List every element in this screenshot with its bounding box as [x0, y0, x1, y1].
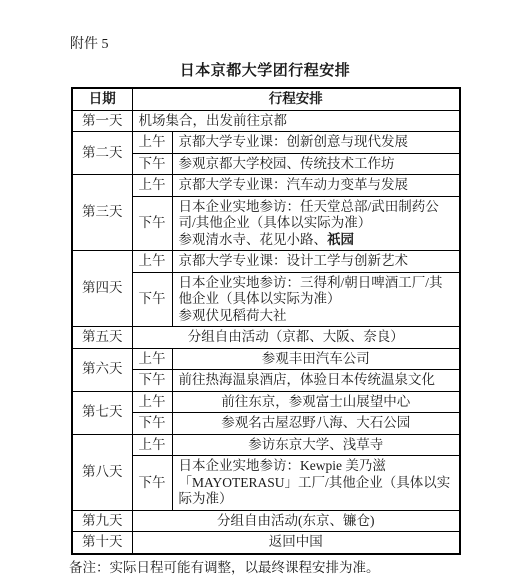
schedule-paragraph: 返回中国	[139, 534, 454, 551]
schedule-cell: 日本企业实地参访：任天堂总部/武田制药公司/其他企业（具体以实际为准）参观清水寺…	[172, 196, 460, 251]
day-label: 第六天	[72, 348, 132, 391]
itinerary-row: 第五天分组自由活动（京都、大阪、奈良）	[72, 327, 460, 349]
schedule-paragraph: 京都大学专业课：设计工学与创新艺术	[179, 253, 454, 270]
itinerary-row: 第七天上午前往东京，参观富士山展望中心	[72, 391, 460, 413]
period-label: 下午	[132, 456, 172, 511]
schedule-text: 参观丰田汽车公司	[262, 351, 370, 366]
period-label: 下午	[132, 196, 172, 251]
period-label: 下午	[132, 272, 172, 327]
schedule-paragraph: 前往东京，参观富士山展望中心	[179, 394, 454, 411]
day-label: 第四天	[72, 251, 132, 327]
schedule-cell: 参观名古屋忍野八海、大石公园	[172, 413, 460, 435]
schedule-paragraph: 参观丰田汽车公司	[179, 351, 454, 368]
schedule-cell: 参观京都大学校园、传统技术工作坊	[172, 153, 460, 175]
schedule-text: 前往东京，参观富士山展望中心	[221, 394, 410, 409]
schedule-text: 参访东京大学、浅草寺	[248, 437, 383, 452]
schedule-cell: 机场集合，出发前往京都	[132, 110, 460, 132]
itinerary-table: 日期 行程安排 第一天机场集合，出发前往京都第二天上午京都大学专业课：创新创意与…	[71, 87, 461, 555]
day-label: 第七天	[72, 391, 132, 434]
schedule-cell: 日本企业实地参访：三得利/朝日啤酒工厂/其他企业（具体以实际为准）参观伏见稻荷大…	[172, 272, 460, 327]
period-label: 下午	[132, 153, 172, 175]
period-label: 上午	[132, 434, 172, 456]
period-label: 下午	[132, 370, 172, 392]
period-label: 上午	[132, 348, 172, 370]
schedule-text: 参观伏见稻荷大社	[179, 308, 287, 323]
table-header-row: 日期 行程安排	[72, 88, 460, 110]
schedule-cell: 分组自由活动（京都、大阪、奈良）	[132, 327, 460, 349]
schedule-cell: 日本企业实地参访：Kewpie 美乃滋「MAYOTERASU」工厂/其他企业（具…	[172, 456, 460, 511]
schedule-cell: 返回中国	[132, 532, 460, 554]
day-label: 第三天	[72, 175, 132, 251]
day-label: 第十天	[72, 532, 132, 554]
itinerary-row: 第八天上午参访东京大学、浅草寺	[72, 434, 460, 456]
schedule-text: 京都大学专业课：汽车动力变革与发展	[179, 177, 409, 192]
schedule-paragraph: 分组自由活动(东京、镰仓)	[139, 513, 454, 530]
schedule-text: 日本企业实地参访：任天堂总部/武田制药公司/其他企业（具体以实际为准）	[179, 199, 439, 231]
itinerary-row: 第六天上午参观丰田汽车公司	[72, 348, 460, 370]
schedule-paragraph: 参观名古屋忍野八海、大石公园	[179, 415, 454, 432]
schedule-cell: 京都大学专业课：设计工学与创新艺术	[172, 251, 460, 273]
period-label: 上午	[132, 391, 172, 413]
itinerary-row: 第三天上午京都大学专业课：汽车动力变革与发展	[72, 175, 460, 197]
schedule-text: 机场集合，出发前往京都	[139, 113, 288, 128]
period-label: 下午	[132, 413, 172, 435]
day-label: 第一天	[72, 110, 132, 132]
schedule-paragraph: 参观京都大学校园、传统技术工作坊	[179, 156, 454, 173]
schedule-cell: 参观丰田汽车公司	[172, 348, 460, 370]
schedule-paragraph: 京都大学专业课：汽车动力变革与发展	[179, 177, 454, 194]
itinerary-row: 第二天上午京都大学专业课：创新创意与现代发展	[72, 132, 460, 154]
schedule-text: 京都大学专业课：创新创意与现代发展	[179, 134, 409, 149]
schedule-paragraph: 参访东京大学、浅草寺	[179, 437, 454, 454]
schedule-text: 分组自由活动(东京、镰仓)	[217, 513, 375, 528]
day-label: 第二天	[72, 132, 132, 175]
schedule-text: 参观名古屋忍野八海、大石公园	[221, 415, 410, 430]
schedule-paragraph: 日本企业实地参访：三得利/朝日啤酒工厂/其他企业（具体以实际为准）	[179, 275, 454, 308]
footnote: 备注：实际日程可能有调整，以最终课程安排为准。	[69, 559, 526, 576]
itinerary-row: 第九天分组自由活动(东京、镰仓)	[72, 510, 460, 532]
schedule-cell: 京都大学专业课：汽车动力变革与发展	[172, 175, 460, 197]
schedule-paragraph: 日本企业实地参访：任天堂总部/武田制药公司/其他企业（具体以实际为准）	[179, 199, 454, 232]
schedule-paragraph: 机场集合，出发前往京都	[139, 113, 454, 130]
schedule-paragraph: 京都大学专业课：创新创意与现代发展	[179, 134, 454, 151]
schedule-text-emphasis: 祇园	[327, 232, 354, 247]
day-label: 第八天	[72, 434, 132, 510]
day-label: 第九天	[72, 510, 132, 532]
schedule-text: 前往热海温泉酒店，体验日本传统温泉文化	[179, 372, 436, 387]
schedule-cell: 分组自由活动(东京、镰仓)	[132, 510, 460, 532]
schedule-paragraph: 日本企业实地参访：Kewpie 美乃滋「MAYOTERASU」工厂/其他企业（具…	[179, 458, 454, 508]
schedule-text: 日本企业实地参访：三得利/朝日啤酒工厂/其他企业（具体以实际为准）	[179, 275, 443, 307]
schedule-text: 日本企业实地参访：Kewpie 美乃滋「MAYOTERASU」工厂/其他企业（具…	[179, 458, 451, 506]
period-label: 上午	[132, 132, 172, 154]
itinerary-row: 第一天机场集合，出发前往京都	[72, 110, 460, 132]
schedule-text: 京都大学专业课：设计工学与创新艺术	[179, 253, 409, 268]
schedule-cell: 参访东京大学、浅草寺	[172, 434, 460, 456]
schedule-text: 分组自由活动（京都、大阪、奈良）	[188, 329, 404, 344]
schedule-cell: 前往东京，参观富士山展望中心	[172, 391, 460, 413]
schedule-paragraph: 参观清水寺、花见小路、祇园	[179, 232, 454, 249]
attachment-label: 附件 5	[70, 36, 526, 54]
itinerary-row: 第十天返回中国	[72, 532, 460, 554]
schedule-paragraph: 分组自由活动（京都、大阪、奈良）	[139, 329, 454, 346]
schedule-cell: 京都大学专业课：创新创意与现代发展	[172, 132, 460, 154]
header-schedule: 行程安排	[132, 88, 460, 110]
schedule-paragraph: 参观伏见稻荷大社	[179, 308, 454, 325]
schedule-text: 返回中国	[269, 534, 323, 549]
schedule-text: 参观清水寺、花见小路、	[179, 232, 328, 247]
day-label: 第五天	[72, 327, 132, 349]
itinerary-row: 第四天上午京都大学专业课：设计工学与创新艺术	[72, 251, 460, 273]
schedule-paragraph: 前往热海温泉酒店，体验日本传统温泉文化	[179, 372, 454, 389]
header-date: 日期	[72, 88, 132, 110]
page-title: 日本京都大学团行程安排	[71, 59, 459, 80]
period-label: 上午	[132, 175, 172, 197]
schedule-cell: 前往热海温泉酒店，体验日本传统温泉文化	[172, 370, 460, 392]
document-page: 附件 5 日本京都大学团行程安排 日期 行程安排 第一天机场集合，出发前往京都第…	[0, 0, 526, 586]
schedule-text: 参观京都大学校园、传统技术工作坊	[179, 156, 395, 171]
period-label: 上午	[132, 251, 172, 273]
